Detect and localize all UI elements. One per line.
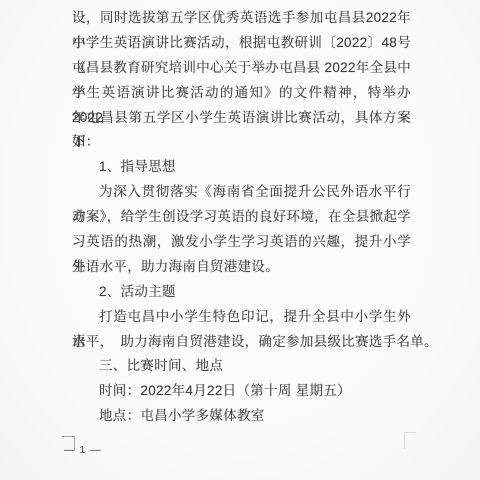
- document-line: 屯昌县教育研究培训中心关于举办屯昌县 2022年全县中小: [72, 56, 411, 81]
- document-line: 打造屯昌中小学生特色印记，提升全县中小学生外语: [72, 305, 411, 330]
- document-line: 地点：屯昌小学多媒体教室: [72, 404, 411, 429]
- document-line: 学生英语演讲比赛活动的通知》的文件精神，特举办2022: [72, 81, 411, 106]
- document-line: 1、指导思想: [72, 155, 411, 180]
- document-line: 三、比赛时间、地点: [72, 354, 411, 379]
- document-line: 年屯昌县第五学区小学生英语演讲比赛活动，具体方案如: [72, 106, 411, 131]
- page-number: — 1 —: [64, 444, 102, 456]
- document-line: 为深入贯彻落实《海南省全面提升公民外语水平行动: [72, 180, 411, 205]
- text-boundary-mark-bottom-right: [404, 432, 416, 449]
- document-line: 水平， 助力海南自贸港建设，确定参加县级比赛选手名单。: [72, 330, 411, 355]
- document-line: 2、活动主题: [72, 280, 411, 305]
- document-line: 外语水平，助力海南自贸港建设。: [72, 255, 411, 280]
- document-body: 设，同时选拔第五学区优秀英语选手参加屯昌县2022年中小学生英语演讲比赛活动，根…: [72, 6, 411, 429]
- document-line: 小学生英语演讲比赛活动，根据屯教研训〔2022〕48号《: [72, 31, 411, 56]
- document-line: 下：: [72, 130, 411, 155]
- document-line: 设，同时选拔第五学区优秀英语选手参加屯昌县2022年中: [72, 6, 411, 31]
- document-page: 设，同时选拔第五学区优秀英语选手参加屯昌县2022年中小学生英语演讲比赛活动，根…: [0, 0, 480, 480]
- document-line: 方案》，给学生创设学习英语的良好环境，在全县掀起学: [72, 205, 411, 230]
- document-line: 习英语的热潮，激发小学生学习英语的兴趣，提升小学生: [72, 230, 411, 255]
- document-line: 时间：2022年4月22日（第十周 星期五）: [72, 379, 411, 404]
